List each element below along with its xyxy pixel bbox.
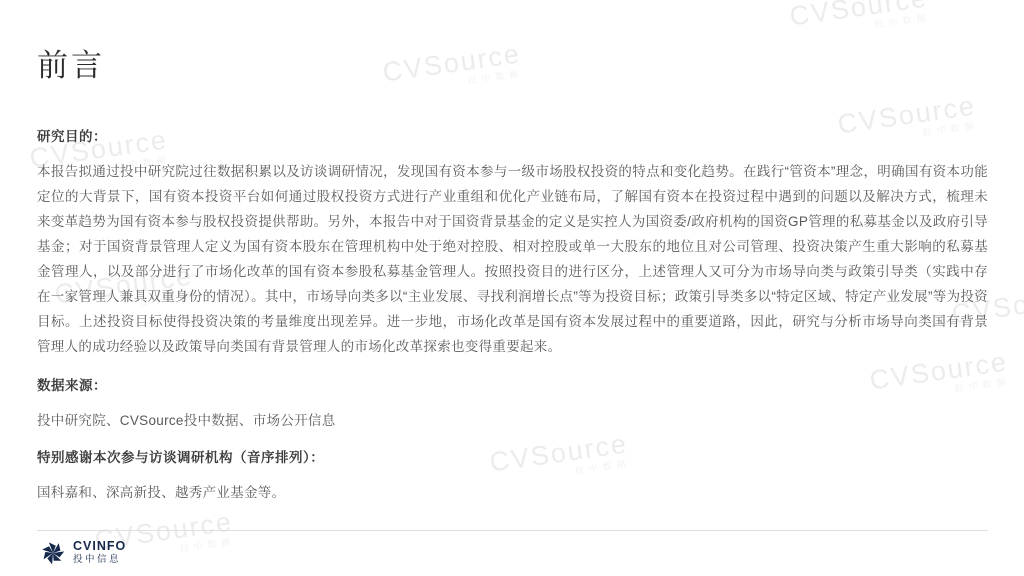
cvsource-watermark: CVSource 投中数据	[381, 41, 524, 98]
watermark-subtext: 投中数据	[792, 13, 931, 41]
pinwheel-logo-icon	[40, 540, 66, 566]
logo-text: CVINFO	[73, 540, 126, 554]
cvinfo-logo: CVINFO 投中信息	[40, 540, 126, 566]
research-purpose-heading: 研究目的：	[37, 125, 988, 145]
data-source-heading: 数据来源：	[37, 374, 988, 394]
footer-divider	[37, 530, 988, 531]
logo-subtext: 投中信息	[73, 554, 126, 566]
cvsource-watermark: CVSource 投中数据	[788, 0, 931, 41]
page-title: 前言	[37, 40, 105, 85]
watermark-text: CVSource	[788, 0, 930, 32]
report-page: CVSource 投中数据 CVSource 投中数据 CVSource 投中数…	[0, 0, 1024, 576]
research-purpose-body: 本报告拟通过投中研究院过往数据积累以及访谈调研情况，发现国有资本参与一级市场股权…	[37, 159, 988, 359]
data-source-body: 投中研究院、CVSource投中数据、市场公开信息	[37, 408, 988, 433]
acknowledgement-body: 国科嘉和、深高新投、越秀产业基金等。	[37, 480, 988, 505]
logo-text-block: CVINFO 投中信息	[73, 540, 126, 566]
content-area: 研究目的： 本报告拟通过投中研究院过往数据积累以及访谈调研情况，发现国有资本参与…	[37, 125, 988, 518]
acknowledgement-heading: 特别感谢本次参与访谈调研机构（音序排列）：	[37, 446, 988, 466]
